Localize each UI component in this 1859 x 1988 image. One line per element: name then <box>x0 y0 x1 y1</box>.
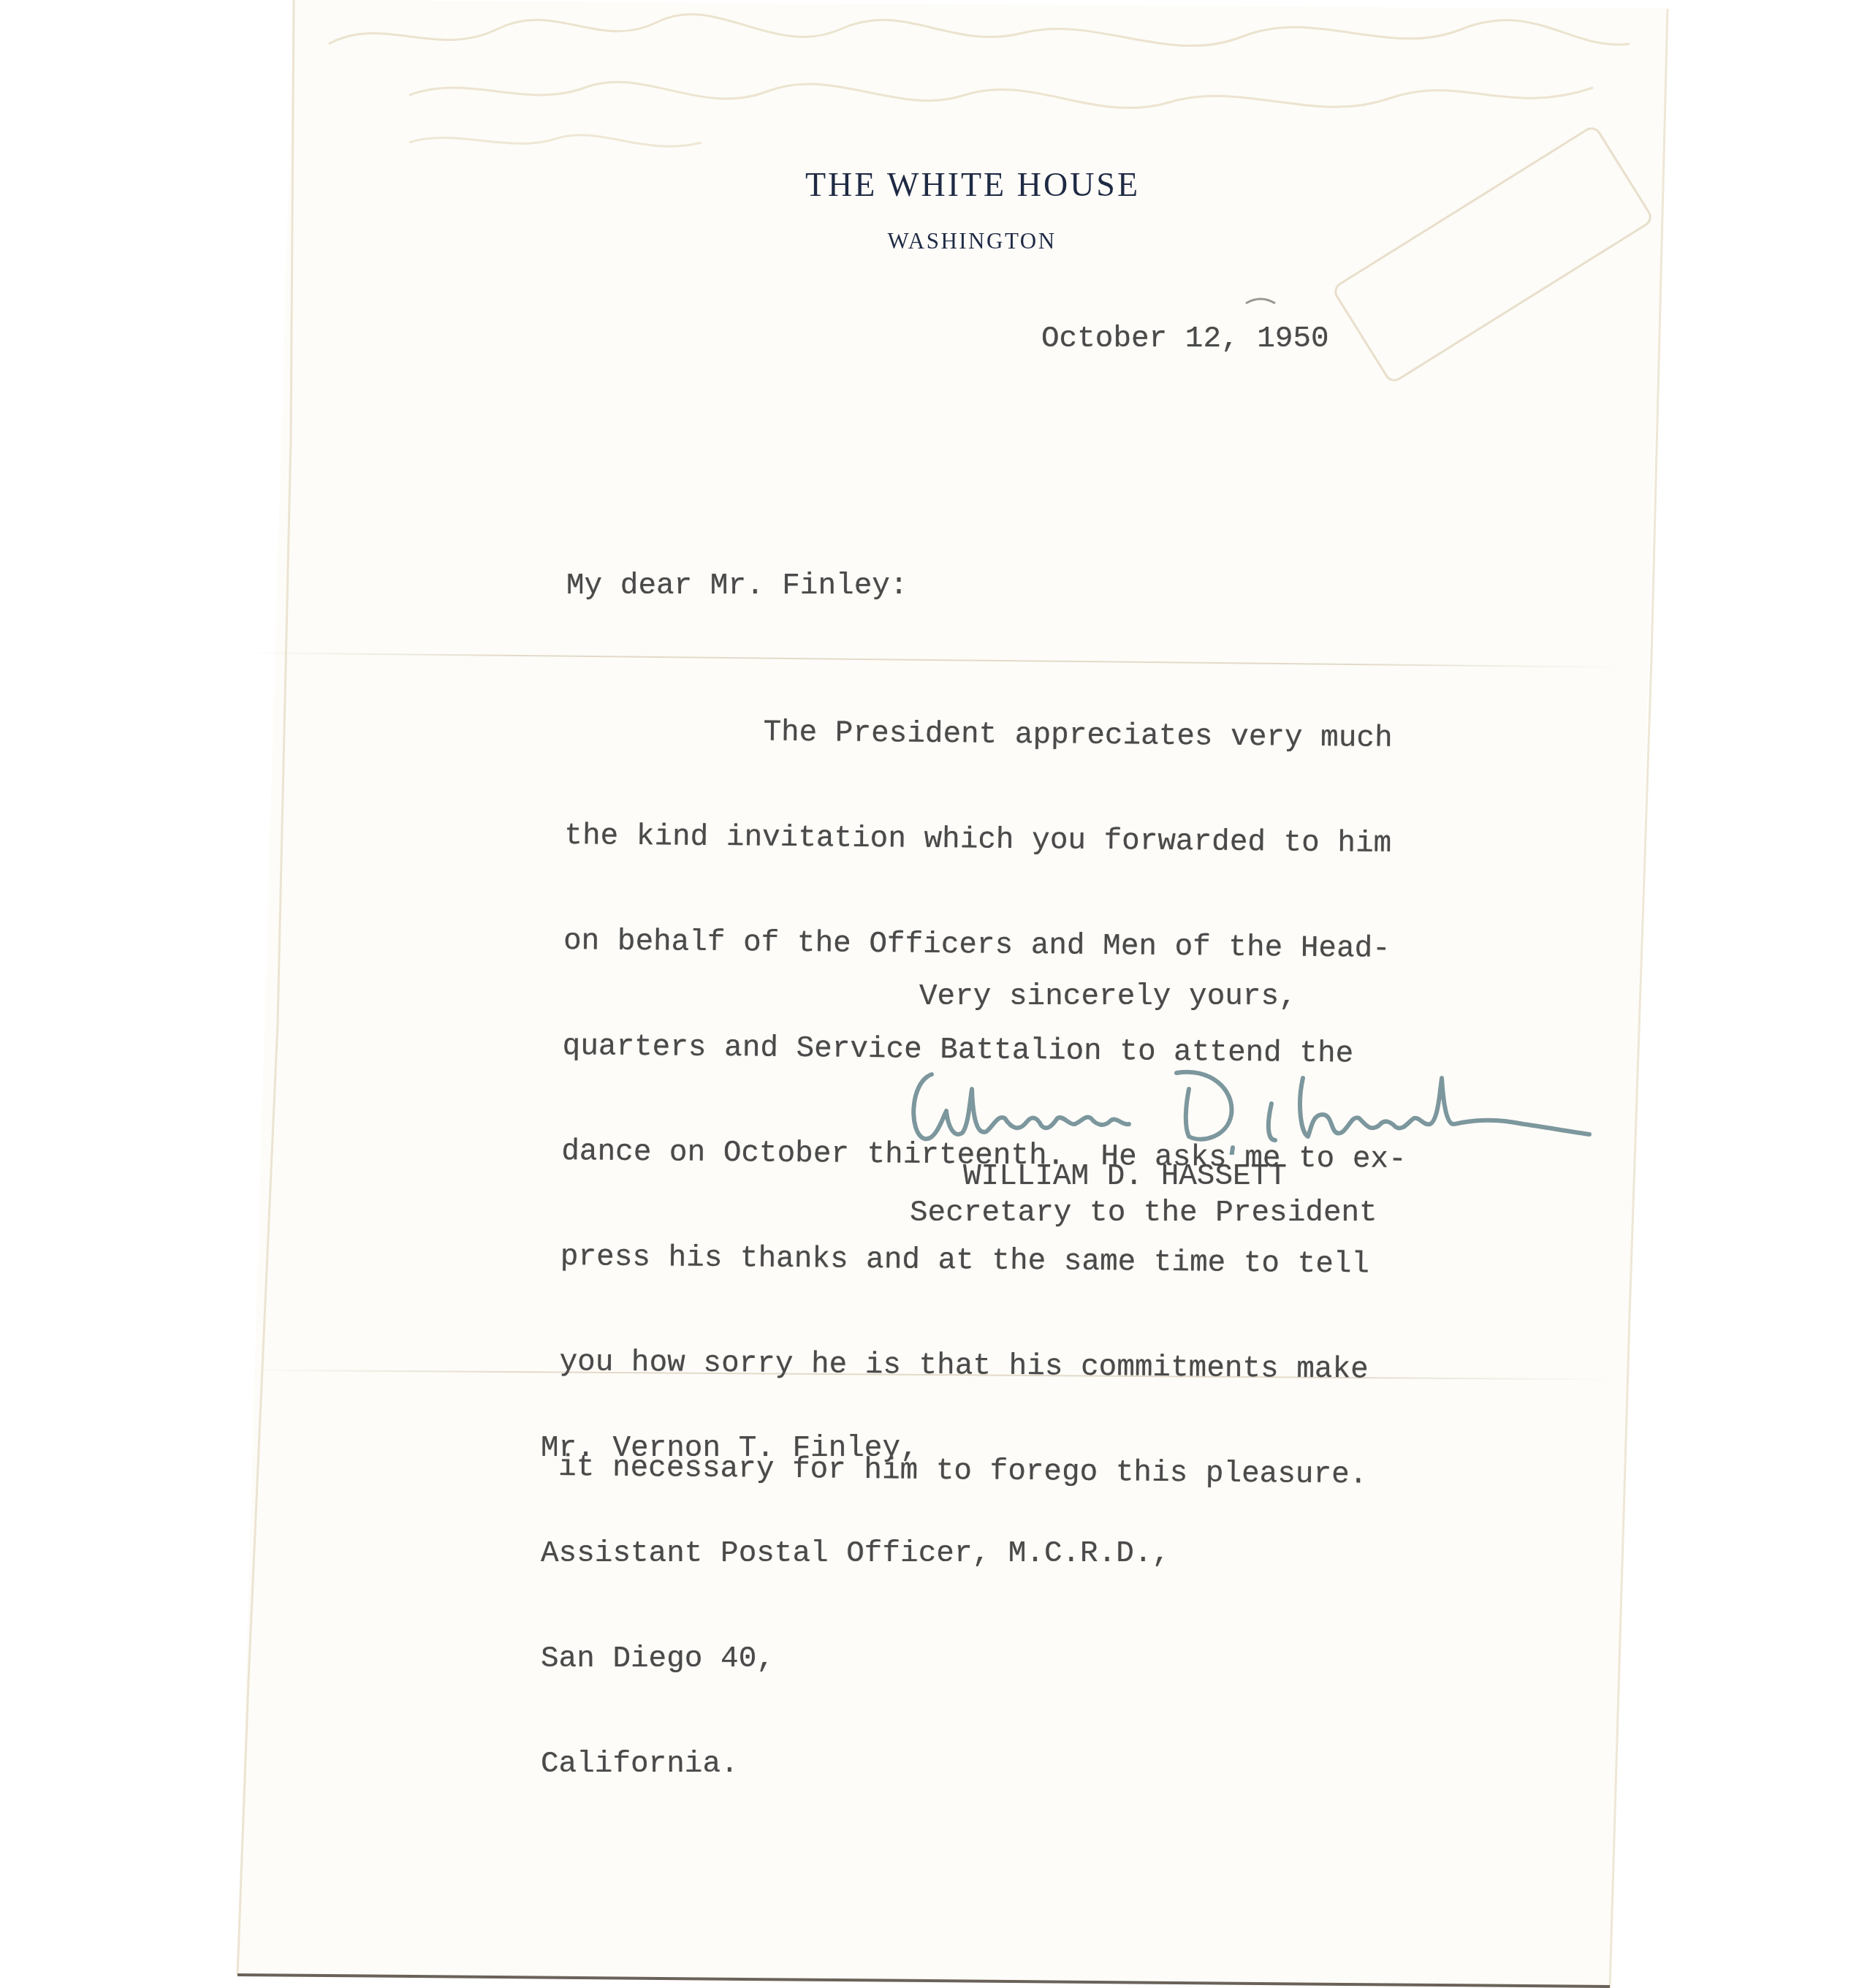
body-line: on behalf of the Officers and Men of the… <box>563 924 1409 967</box>
address-line: Mr. Vernon T. Finley, <box>541 1431 1170 1466</box>
body-line: the kind invitation which you forwarded … <box>564 819 1410 862</box>
body-line: press his thanks and at the same time to… <box>560 1240 1406 1283</box>
signatory-typed-name: WILLIAM D. HASSETT <box>963 1159 1287 1194</box>
letterhead-location: WASHINGTON <box>862 228 1081 254</box>
body-line: The President appreciates very much <box>566 713 1411 756</box>
letterhead-title: THE WHITE HOUSE <box>804 165 1141 204</box>
recipient-address: Mr. Vernon T. Finley, Assistant Postal O… <box>541 1361 1170 1852</box>
closing: Very sincerely yours, <box>919 979 1297 1014</box>
scanned-letter: THE WHITE HOUSE WASHINGTON October 12, 1… <box>0 0 1859 1988</box>
address-line: San Diego 40, <box>541 1642 1170 1677</box>
letter-date: October 12, 1950 <box>1041 322 1329 357</box>
salutation: My dear Mr. Finley: <box>566 569 908 604</box>
address-line: California. <box>541 1747 1170 1782</box>
handwritten-signature: William D. Hassett <box>902 1045 1633 1155</box>
address-line: Assistant Postal Officer, M.C.R.D., <box>541 1536 1170 1571</box>
signatory-title: Secretary to the President <box>910 1196 1377 1231</box>
